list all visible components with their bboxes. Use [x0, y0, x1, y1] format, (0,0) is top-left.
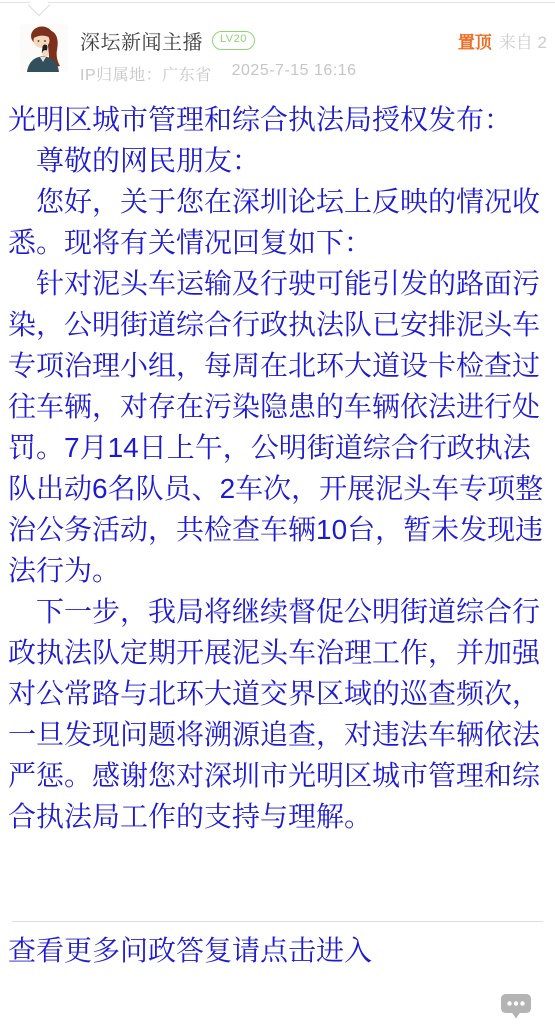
- avatar[interactable]: [20, 24, 68, 72]
- comment-bubble-icon[interactable]: [501, 994, 531, 1019]
- divider: [12, 921, 543, 922]
- header-right: 置顶 来自 2: [458, 28, 547, 53]
- ip-location: IP归属地：广东省: [80, 62, 212, 85]
- timestamp: 2025-7-15 16:16: [232, 62, 357, 85]
- meta-row: IP归属地：广东省 2025-7-15 16:16: [80, 62, 547, 85]
- paragraph-measures: 针对泥头车运输及行驶可能引发的路面污染，公明街道综合行政执法队已安排泥头车专项治…: [8, 263, 547, 591]
- post-body: 光明区城市管理和综合执法局授权发布： 尊敬的网民朋友： 您好，关于您在深圳论坛上…: [8, 99, 547, 921]
- from-label: 来自 2: [499, 28, 547, 53]
- name-row: 深坛新闻主播 LV20 置顶 来自 2: [80, 26, 547, 55]
- header-main: 深坛新闻主播 LV20 置顶 来自 2 IP归属地：广东省 2025-7-15 …: [80, 24, 547, 85]
- post-header: 深坛新闻主播 LV20 置顶 来自 2 IP归属地：广东省 2025-7-15 …: [0, 0, 555, 85]
- username[interactable]: 深坛新闻主播: [80, 26, 203, 55]
- paragraph-authorized-release: 光明区城市管理和综合执法局授权发布：: [8, 99, 547, 140]
- paragraph-intro: 您好，关于您在深圳论坛上反映的情况收悉。现将有关情况回复如下：: [8, 181, 547, 263]
- paragraph-greeting: 尊敬的网民朋友：: [8, 140, 547, 181]
- level-badge: LV20: [212, 31, 255, 49]
- pinned-badge: 置顶: [458, 28, 492, 53]
- more-replies-link[interactable]: 查看更多问政答复请点击进入: [8, 930, 547, 971]
- news-anchor-avatar-icon: [20, 24, 68, 72]
- paragraph-next-steps: 下一步，我局将继续督促公明街道综合行政执法队定期开展泥头车治理工作，并加强对公常…: [8, 591, 547, 837]
